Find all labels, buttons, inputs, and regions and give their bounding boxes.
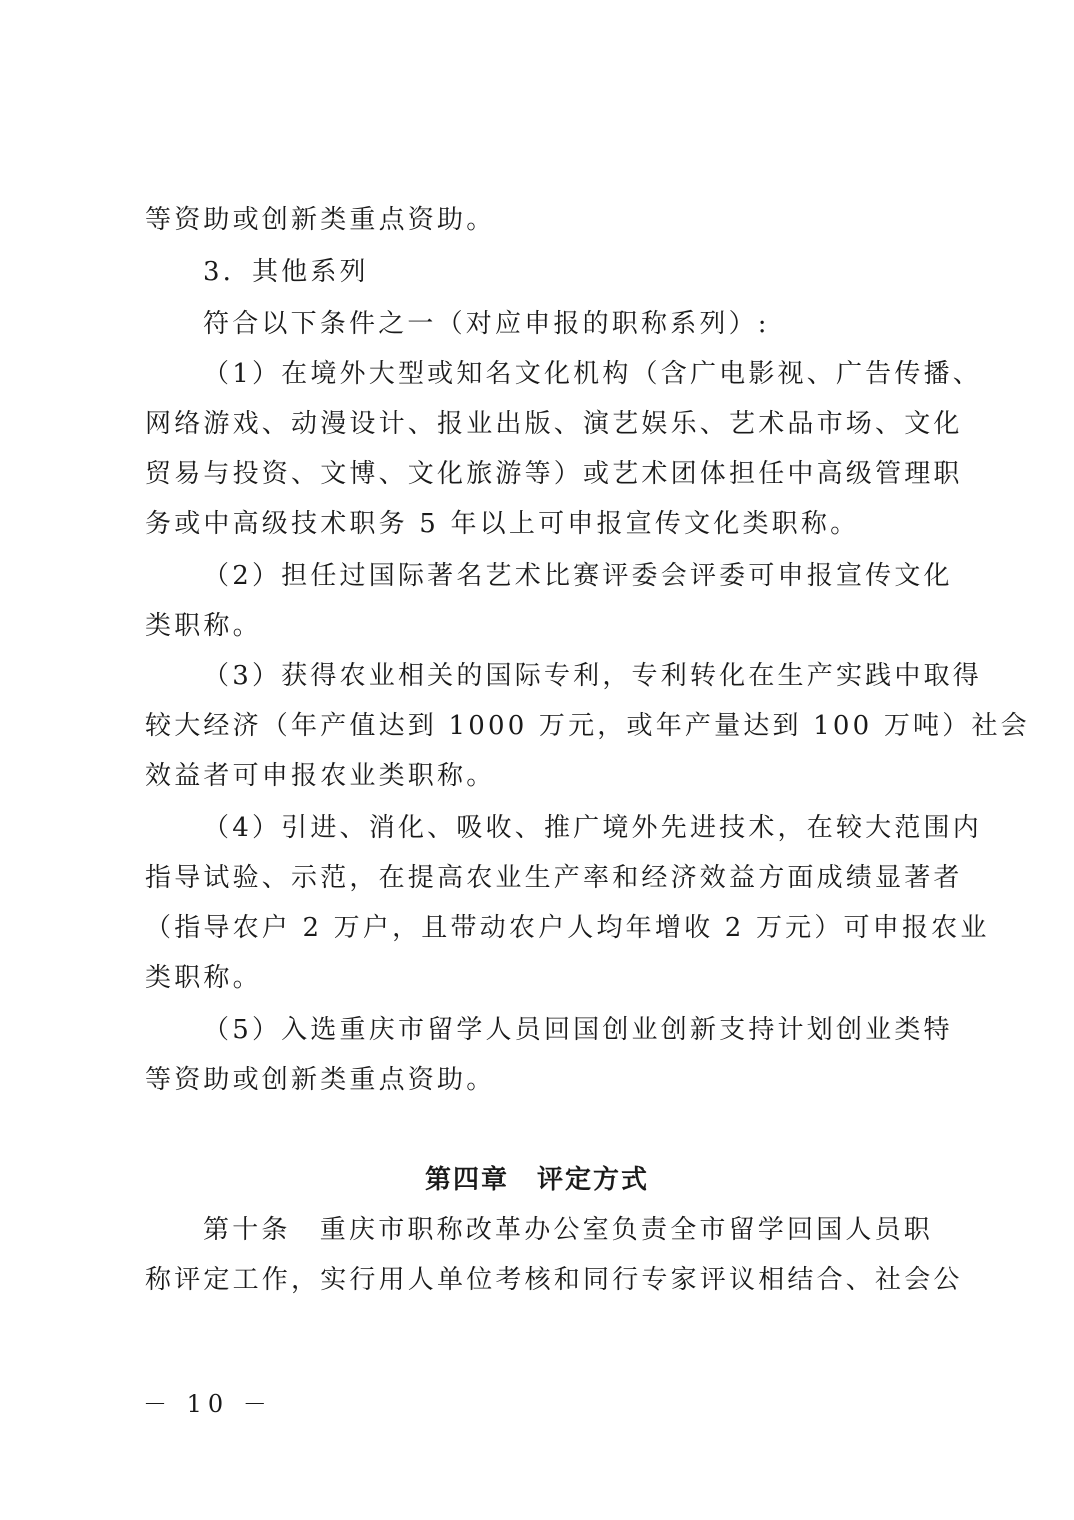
section-heading: 3．其他系列 (203, 254, 1003, 290)
paragraph-line: 效益者可申报农业类职称。 (145, 758, 945, 794)
paragraph-line: 较大经济（年产值达到 1000 万元，或年产量达到 100 万吨）社会 (145, 708, 945, 744)
paragraph-line: 贸易与投资、文博、文化旅游等）或艺术团体担任中高级管理职 (145, 456, 945, 492)
article-line: 第十条 重庆市职称改革办公室负责全市留学回国人员职 (203, 1212, 1003, 1248)
paragraph-line: 网络游戏、动漫设计、报业出版、演艺娱乐、艺术品市场、文化 (145, 406, 945, 442)
article-line: 称评定工作，实行用人单位考核和同行专家评议相结合、社会公 (145, 1262, 945, 1298)
list-item-5: （5）入选重庆市留学人员回国创业创新支持计划创业类特 (203, 1012, 1003, 1048)
list-item-4: （4）引进、消化、吸收、推广境外先进技术，在较大范围内 (203, 810, 1003, 846)
paragraph-line: 务或中高级技术职务 5 年以上可申报宣传文化类职称。 (145, 506, 945, 542)
paragraph-line: 符合以下条件之一（对应申报的职称系列）: (203, 306, 1003, 342)
chapter-heading: 第四章 评定方式 (0, 1162, 1074, 1198)
paragraph-line: 等资助或创新类重点资助。 (145, 202, 945, 238)
paragraph-line: 类职称。 (145, 960, 945, 996)
list-item-3: （3）获得农业相关的国际专利，专利转化在生产实践中取得 (203, 658, 1003, 694)
page-number: － 10 － (143, 1388, 273, 1420)
list-item-1: （1）在境外大型或知名文化机构（含广电影视、广告传播、 (203, 356, 1003, 392)
paragraph-line: 指导试验、示范，在提高农业生产率和经济效益方面成绩显著者 (145, 860, 945, 896)
paragraph-line: （指导农户 2 万户，且带动农户人均年增收 2 万元）可申报农业 (145, 910, 945, 946)
list-item-2: （2）担任过国际著名艺术比赛评委会评委可申报宣传文化 (203, 558, 1003, 594)
paragraph-line: 等资助或创新类重点资助。 (145, 1062, 945, 1098)
paragraph-line: 类职称。 (145, 608, 945, 644)
